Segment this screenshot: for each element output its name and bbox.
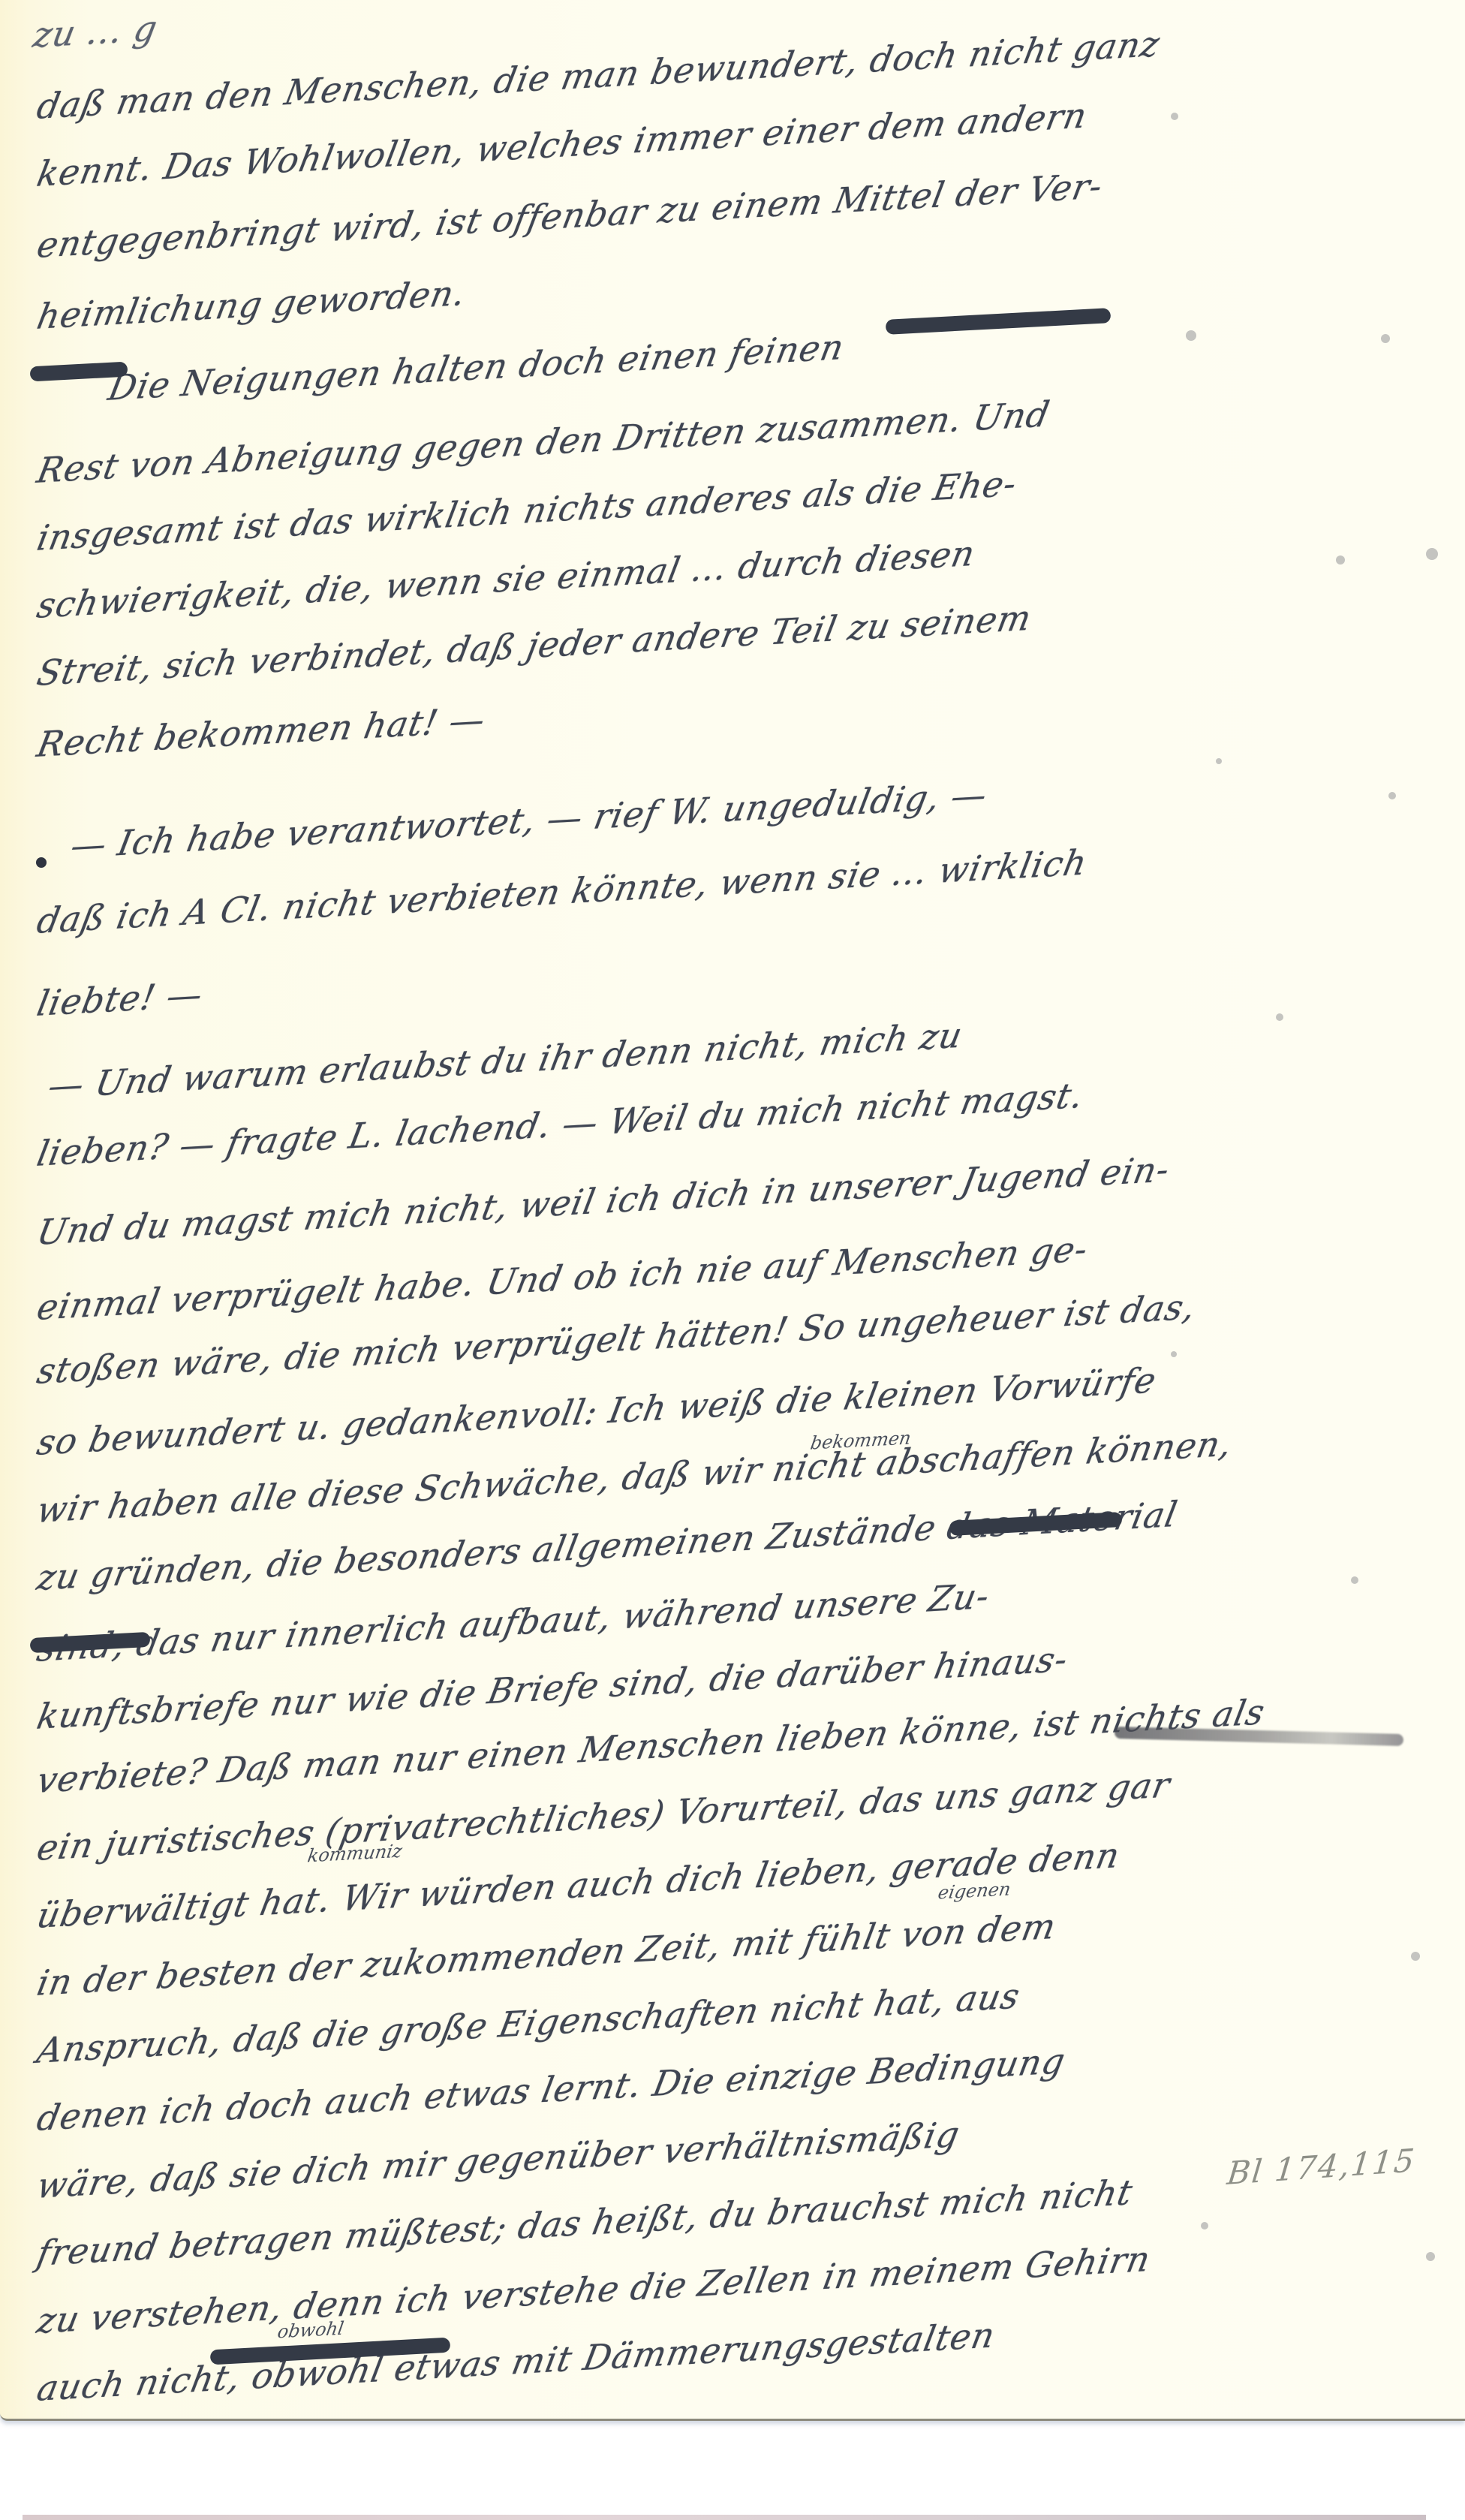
bleed-through-speckle <box>1201 2222 1208 2229</box>
handwritten-line: zu ... g <box>30 8 161 56</box>
interlinear-insertion: obwohl <box>276 2318 345 2343</box>
bleed-through-speckle <box>1411 1952 1420 1961</box>
bleed-through-speckle <box>1388 792 1396 799</box>
bleed-through-speckle <box>1381 334 1390 343</box>
interlinear-insertion: eigenen <box>937 1878 1012 1903</box>
bleed-through-speckle <box>1426 2252 1435 2261</box>
bleed-through-speckle <box>1186 330 1196 341</box>
bleed-through-speckle <box>1171 113 1178 120</box>
bleed-through-speckle <box>1216 758 1222 764</box>
bleed-through-speckle <box>1351 1576 1358 1584</box>
scan-edge-strip <box>23 2515 1426 2520</box>
bleed-through-speckle <box>1336 555 1345 565</box>
bleed-through-speckle <box>1171 1351 1177 1357</box>
dash-mark <box>36 857 47 868</box>
bleed-through-speckle <box>1276 1013 1283 1021</box>
bleed-through-speckle <box>1426 548 1438 560</box>
